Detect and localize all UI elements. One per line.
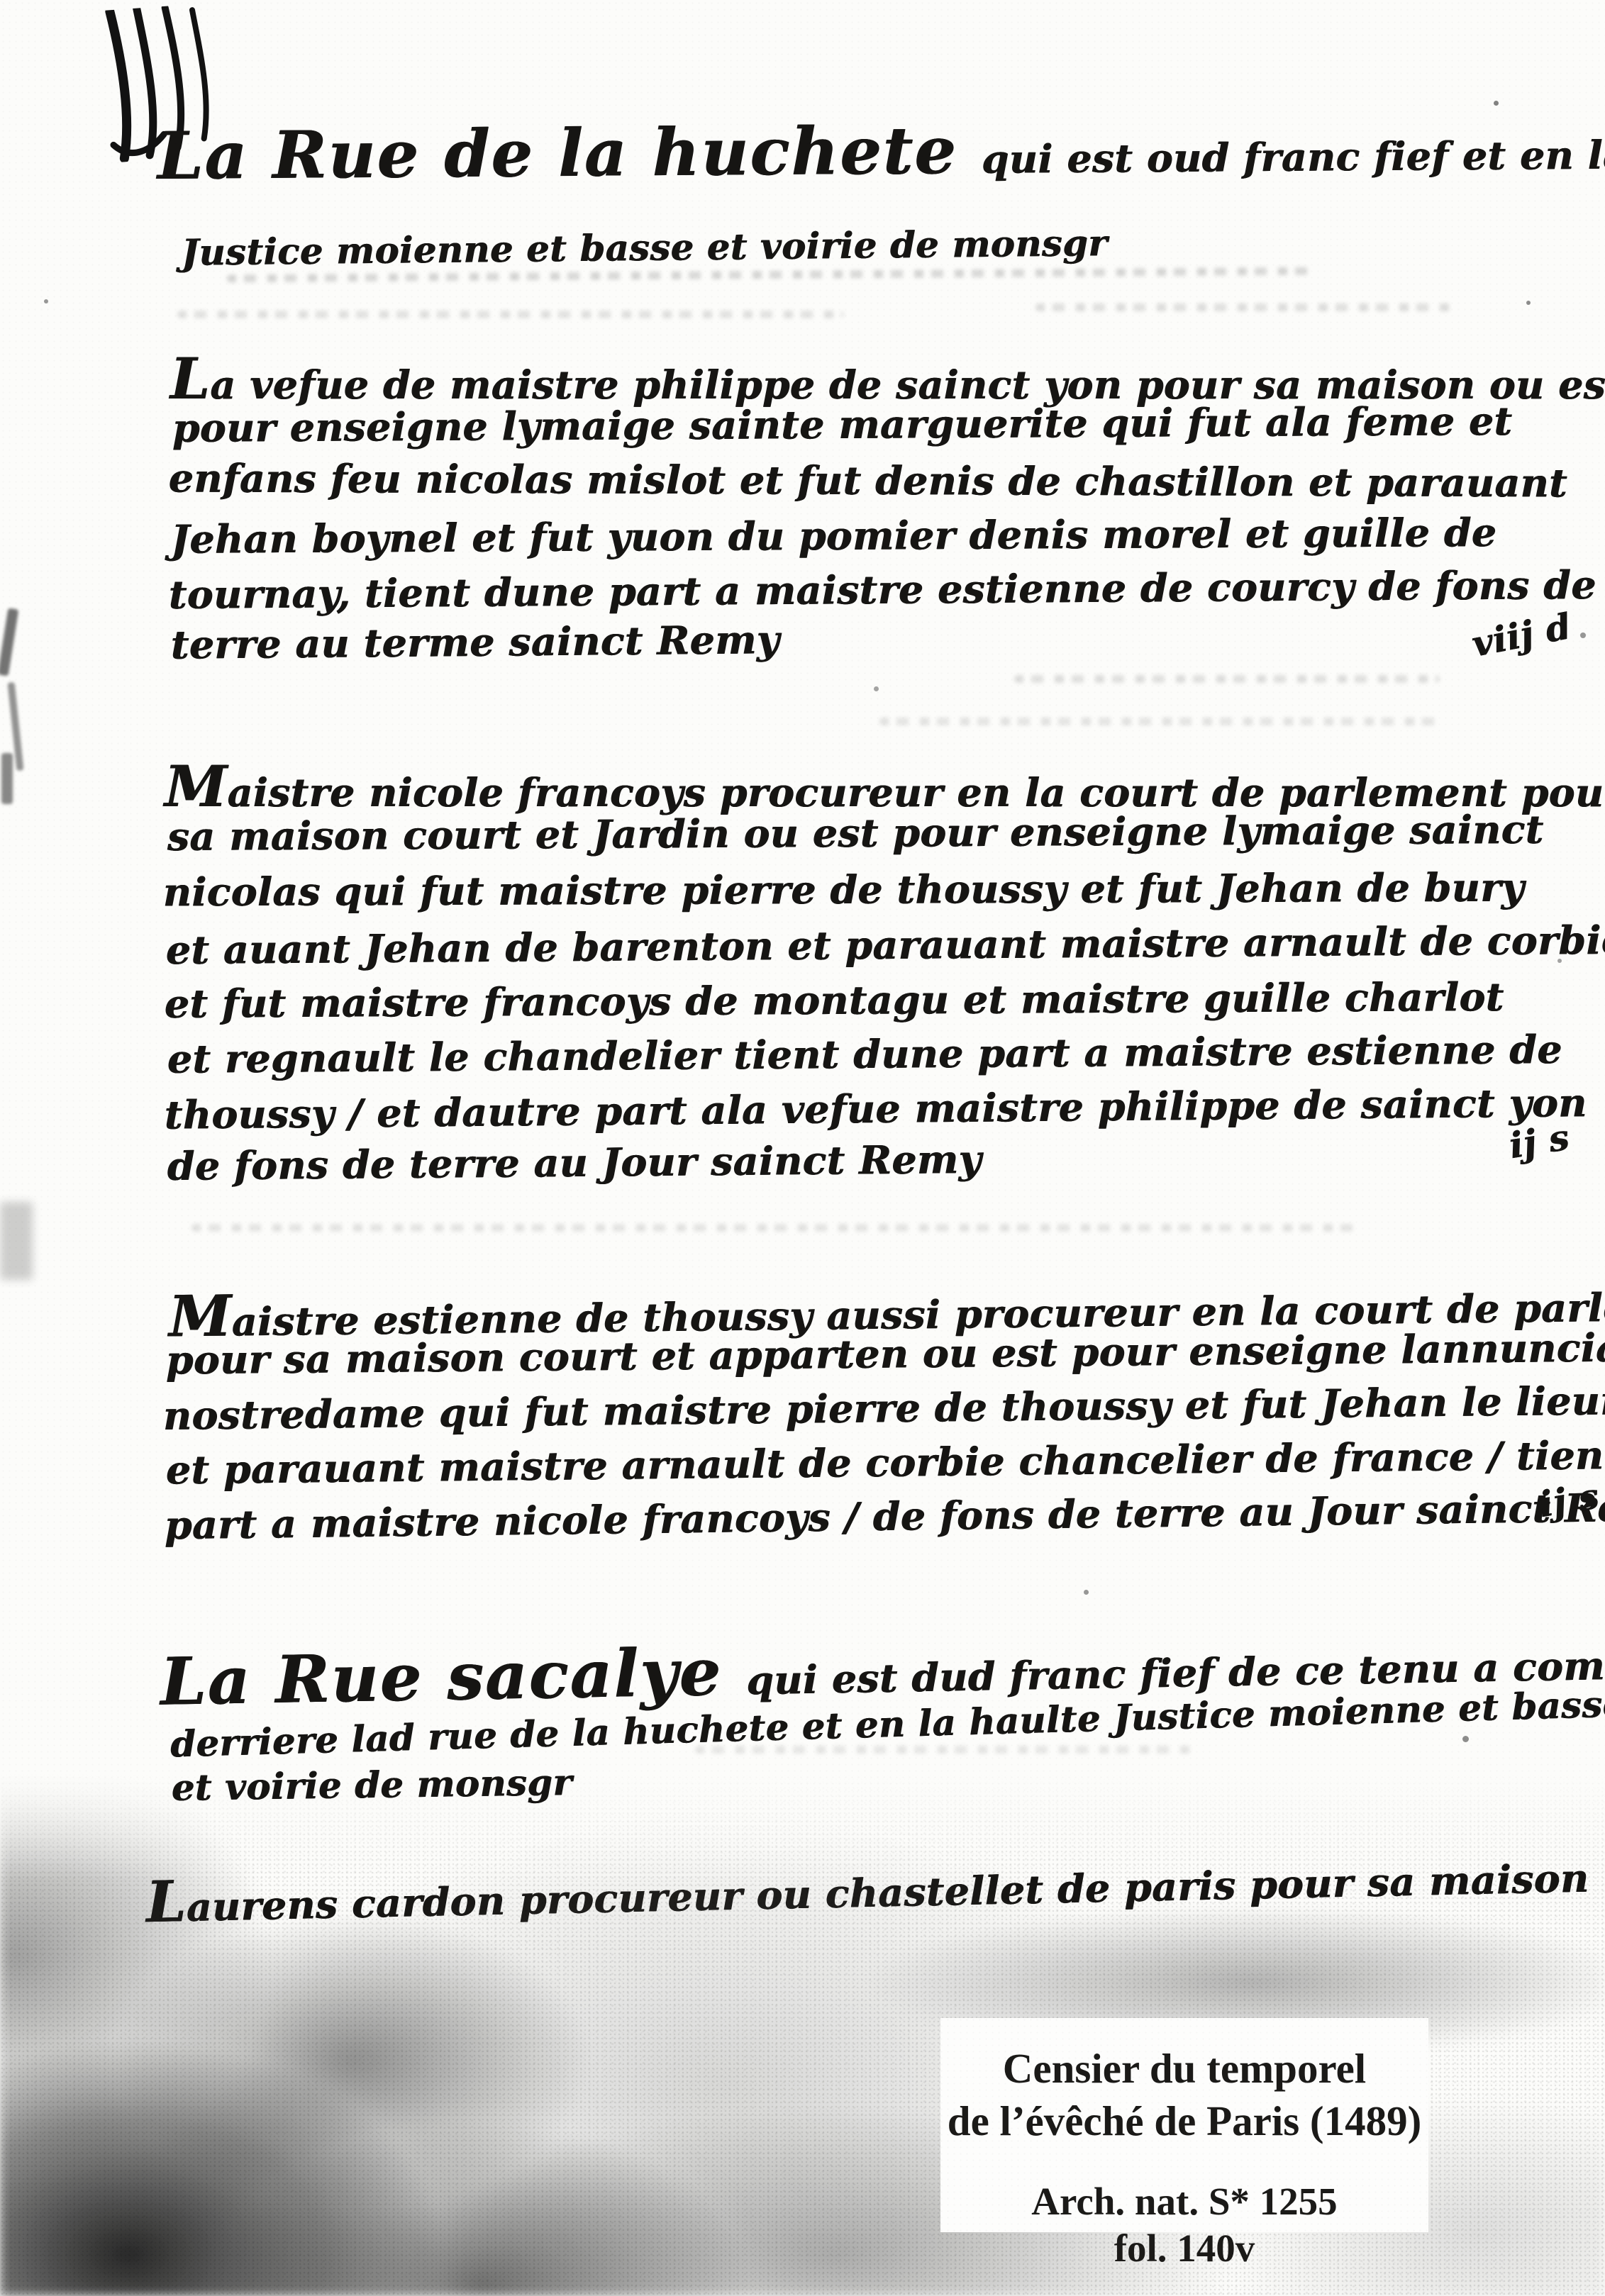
bleedthrough-ghost-text bbox=[177, 311, 844, 318]
scan-speck bbox=[874, 686, 879, 691]
street-heading-huchette-continuation: qui est oud franc fief et en la haulte bbox=[982, 130, 1605, 182]
scan-streak bbox=[0, 608, 18, 676]
bleedthrough-ghost-text bbox=[879, 718, 1440, 725]
bleedthrough-ghost-text bbox=[1035, 303, 1454, 311]
entry3-line: et parauant maistre arnault de corbie ch… bbox=[166, 1430, 1605, 1493]
entry2-rent-amount: ij s bbox=[1506, 1116, 1572, 1167]
scan-speck bbox=[1557, 959, 1562, 963]
entry1-line: pour enseigne lymaige sainte marguerite … bbox=[172, 398, 1513, 451]
scan-speck bbox=[1526, 301, 1531, 305]
entry2-line: nicolas qui fut maistre pierre de thouss… bbox=[163, 864, 1524, 915]
caption-folio: fol. 140v bbox=[940, 2225, 1428, 2272]
entry2-line: thoussy / et dautre part ala vefue maist… bbox=[165, 1079, 1587, 1138]
bleedthrough-ghost-text bbox=[191, 1224, 1355, 1232]
entry2-line: et regnault le chandelier tient dune par… bbox=[167, 1026, 1562, 1082]
scan-speck bbox=[44, 299, 48, 303]
entry2-line: de fons de terre au Jour sainct Remy bbox=[167, 1136, 982, 1189]
entry2-line: sa maison court et Jardin ou est pour en… bbox=[167, 806, 1544, 859]
scan-speck bbox=[1494, 101, 1499, 106]
archival-caption-box: Censier du temporel de l’évêché de Paris… bbox=[940, 2018, 1428, 2232]
caption-title-line1: Censier du temporel bbox=[940, 2018, 1428, 2095]
caption-shelfmark: Arch. nat. S* 1255 bbox=[940, 2147, 1428, 2225]
entry1-line: enfans feu nicolas mislot et fut denis d… bbox=[169, 455, 1567, 506]
street-heading-huchette-line2: Justice moienne et basse et voirie de mo… bbox=[182, 222, 1108, 274]
entry1-rent-amount: viij d bbox=[1469, 605, 1575, 665]
manuscript-page: La Rue de la huchete qui est oud franc f… bbox=[0, 0, 1605, 2296]
entry1-line: Jehan boynel et fut yuon du pomier denis… bbox=[171, 509, 1497, 562]
scan-speck bbox=[1580, 632, 1586, 638]
entry2-line: et auant Jehan de barenton et parauant m… bbox=[166, 917, 1605, 973]
entry1-line: terre au terme sainct Remy bbox=[171, 616, 780, 667]
entry2-line: et fut maistre francoys de montagu et ma… bbox=[165, 974, 1504, 1027]
entry3-line: nostredame qui fut maistre pierre de tho… bbox=[163, 1377, 1605, 1439]
entry3-line: part a maistre nicole francoys / de fons… bbox=[165, 1483, 1605, 1549]
street-name-sacalye: La Rue sacalye bbox=[160, 1634, 723, 1720]
scan-streak bbox=[1, 753, 13, 804]
entry1-line: tournay, tient dune part a maistre estie… bbox=[169, 562, 1596, 618]
scan-speck bbox=[1462, 1736, 1469, 1742]
street-heading-huchette: La Rue de la huchete qui est oud franc f… bbox=[157, 106, 1605, 194]
bleedthrough-ghost-text bbox=[695, 1746, 1192, 1754]
street-name-huchette: La Rue de la huchete bbox=[157, 112, 958, 194]
scan-streak bbox=[0, 1202, 33, 1280]
bleedthrough-ghost-text bbox=[1014, 675, 1440, 683]
caption-title-line2: de l’évêché de Paris (1489) bbox=[940, 2095, 1428, 2147]
scan-speck bbox=[1084, 1590, 1089, 1595]
